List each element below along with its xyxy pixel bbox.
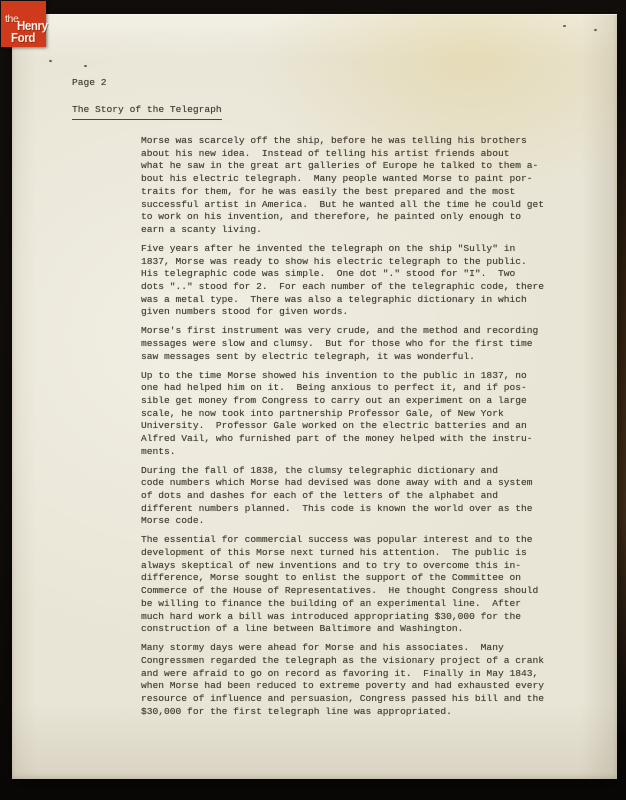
paragraph-3: Morse's first instrument was very crude,… [141, 325, 553, 363]
paper-speck [594, 29, 597, 32]
paper-speck [49, 60, 53, 63]
paragraph-7: Many stormy days were ahead for Morse an… [141, 642, 553, 718]
photograph-backdrop: Page 2 The Story of the Telegraph Morse … [0, 0, 626, 800]
backdrop-light-edge [617, 70, 626, 740]
paragraph-1: Morse was scarcely off the ship, before … [141, 135, 553, 237]
paragraph-2: Five years after he invented the telegra… [141, 243, 553, 319]
henry-ford-logo: the Henry Ford [1, 1, 46, 47]
paragraph-5: During the fall of 1838, the clumsy tele… [141, 465, 553, 529]
page-number-label: Page 2 [72, 77, 107, 90]
paper-speck [563, 25, 566, 27]
logo-word-ford: Ford [11, 32, 35, 45]
paper-speck [84, 65, 87, 67]
typewritten-page: Page 2 The Story of the Telegraph Morse … [12, 14, 617, 779]
document-body: Morse was scarcely off the ship, before … [141, 135, 553, 725]
paragraph-4: Up to the time Morse showed his inventio… [141, 370, 553, 459]
paragraph-6: The essential for commercial success was… [141, 534, 553, 636]
document-title-row: The Story of the Telegraph [72, 99, 222, 120]
document-title: The Story of the Telegraph [72, 104, 222, 120]
